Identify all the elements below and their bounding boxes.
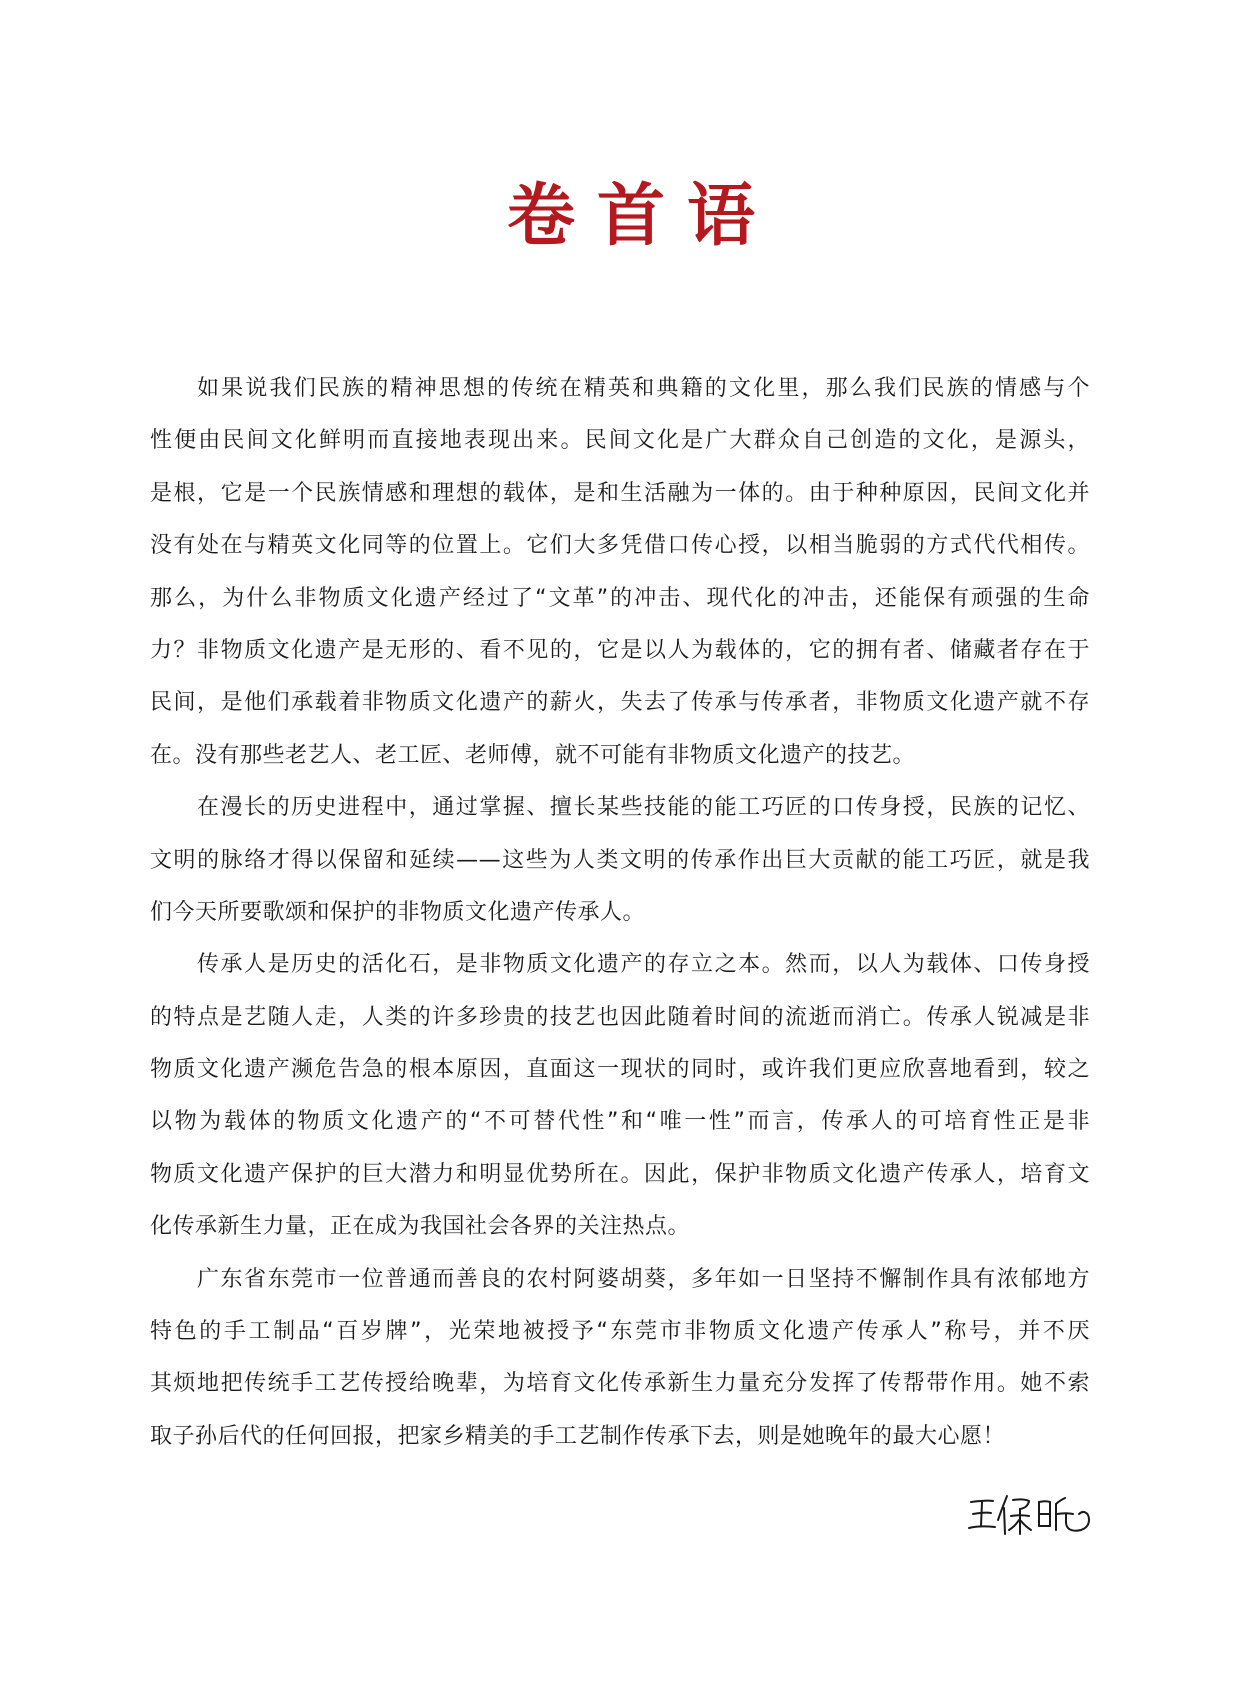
text-line: 以物为载体的物质文化遗产的“不可替代性”和“唯一性”而言，传承人的可培育性正是非 <box>150 1096 1090 1148</box>
text-line: 在漫长的历史进程中，通过掌握、擅长某些技能的能工巧匠的口传身授，民族的记忆、 <box>150 782 1090 834</box>
text-line: 物质文化遗产濒危告急的根本原因，直面这一现状的同时，或许我们更应欣喜地看到，较之 <box>150 1044 1090 1096</box>
text-line: 物质文化遗产保护的巨大潜力和明显优势所在。因此，保护非物质文化遗产传承人，培育文 <box>150 1149 1090 1201</box>
paragraph-1: 如果说我们民族的精神思想的传统在精英和典籍的文化里，那么我们民族的情感与个 性便… <box>150 363 1090 782</box>
text-line: 其烦地把传统手工艺传授给晚辈，为培育文化传承新生力量充分发挥了传帮带作用。她不索 <box>150 1358 1090 1410</box>
paragraph-2: 在漫长的历史进程中，通过掌握、擅长某些技能的能工巧匠的口传身授，民族的记忆、 文… <box>150 782 1090 939</box>
text-line: 的特点是艺随人走，人类的许多珍贵的技艺也因此随着时间的流逝而消亡。传承人锐减是非 <box>150 992 1090 1044</box>
text-line: 那么，为什么非物质文化遗产经过了“文革”的冲击、现代化的冲击，还能保有顽强的生命 <box>150 573 1090 625</box>
paragraph-3: 传承人是历史的活化石，是非物质文化遗产的存立之本。然而，以人为载体、口传身授 的… <box>150 939 1090 1253</box>
text-line: 没有处在与精英文化同等的位置上。它们大多凭借口传心授，以相当脆弱的方式代代相传。 <box>150 520 1090 572</box>
text-line: 传承人是历史的活化石，是非物质文化遗产的存立之本。然而，以人为载体、口传身授 <box>150 939 1090 991</box>
text-line: 性便由民间文化鲜明而直接地表现出来。民间文化是广大群众自己创造的文化，是源头， <box>150 415 1090 467</box>
text-line: 化传承新生力量，正在成为我国社会各界的关注热点。 <box>150 1201 1090 1253</box>
text-line: 广东省东莞市一位普通而善良的农村阿婆胡葵，多年如一日坚持不懈制作具有浓郁地方 <box>150 1254 1090 1306</box>
preface-body: 如果说我们民族的精神思想的传统在精英和典籍的文化里，那么我们民族的情感与个 性便… <box>150 363 1090 1463</box>
text-line: 是根，它是一个民族情感和理想的载体，是和生活融为一体的。由于种种原因，民间文化并 <box>150 468 1090 520</box>
signature-icon <box>965 1490 1105 1540</box>
text-line: 如果说我们民族的精神思想的传统在精英和典籍的文化里，那么我们民族的情感与个 <box>150 363 1090 415</box>
text-line: 力？非物质文化遗产是无形的、看不见的，它是以人为载体的，它的拥有者、储藏者存在于 <box>150 625 1090 677</box>
paragraph-4: 广东省东莞市一位普通而善良的农村阿婆胡葵，多年如一日坚持不懈制作具有浓郁地方 特… <box>150 1254 1090 1464</box>
text-line: 在。没有那些老艺人、老工匠、老师傅，就不可能有非物质文化遗产的技艺。 <box>150 730 1090 782</box>
page-title: 卷首语 <box>0 172 1240 262</box>
text-line: 文明的脉络才得以保留和延续——这些为人类文明的传承作出巨大贡献的能工巧匠，就是我 <box>150 835 1090 887</box>
text-line: 取子孙后代的任何回报，把家乡精美的手工艺制作传承下去，则是她晚年的最大心愿！ <box>150 1411 1090 1463</box>
text-line: 特色的手工制品“百岁牌”，光荣地被授予“东莞市非物质文化遗产传承人”称号，并不厌 <box>150 1306 1090 1358</box>
text-line: 们今天所要歌颂和保护的非物质文化遗产传承人。 <box>150 887 1090 939</box>
author-signature <box>965 1490 1105 1540</box>
text-line: 民间，是他们承载着非物质文化遗产的薪火，失去了传承与传承者，非物质文化遗产就不存 <box>150 677 1090 729</box>
